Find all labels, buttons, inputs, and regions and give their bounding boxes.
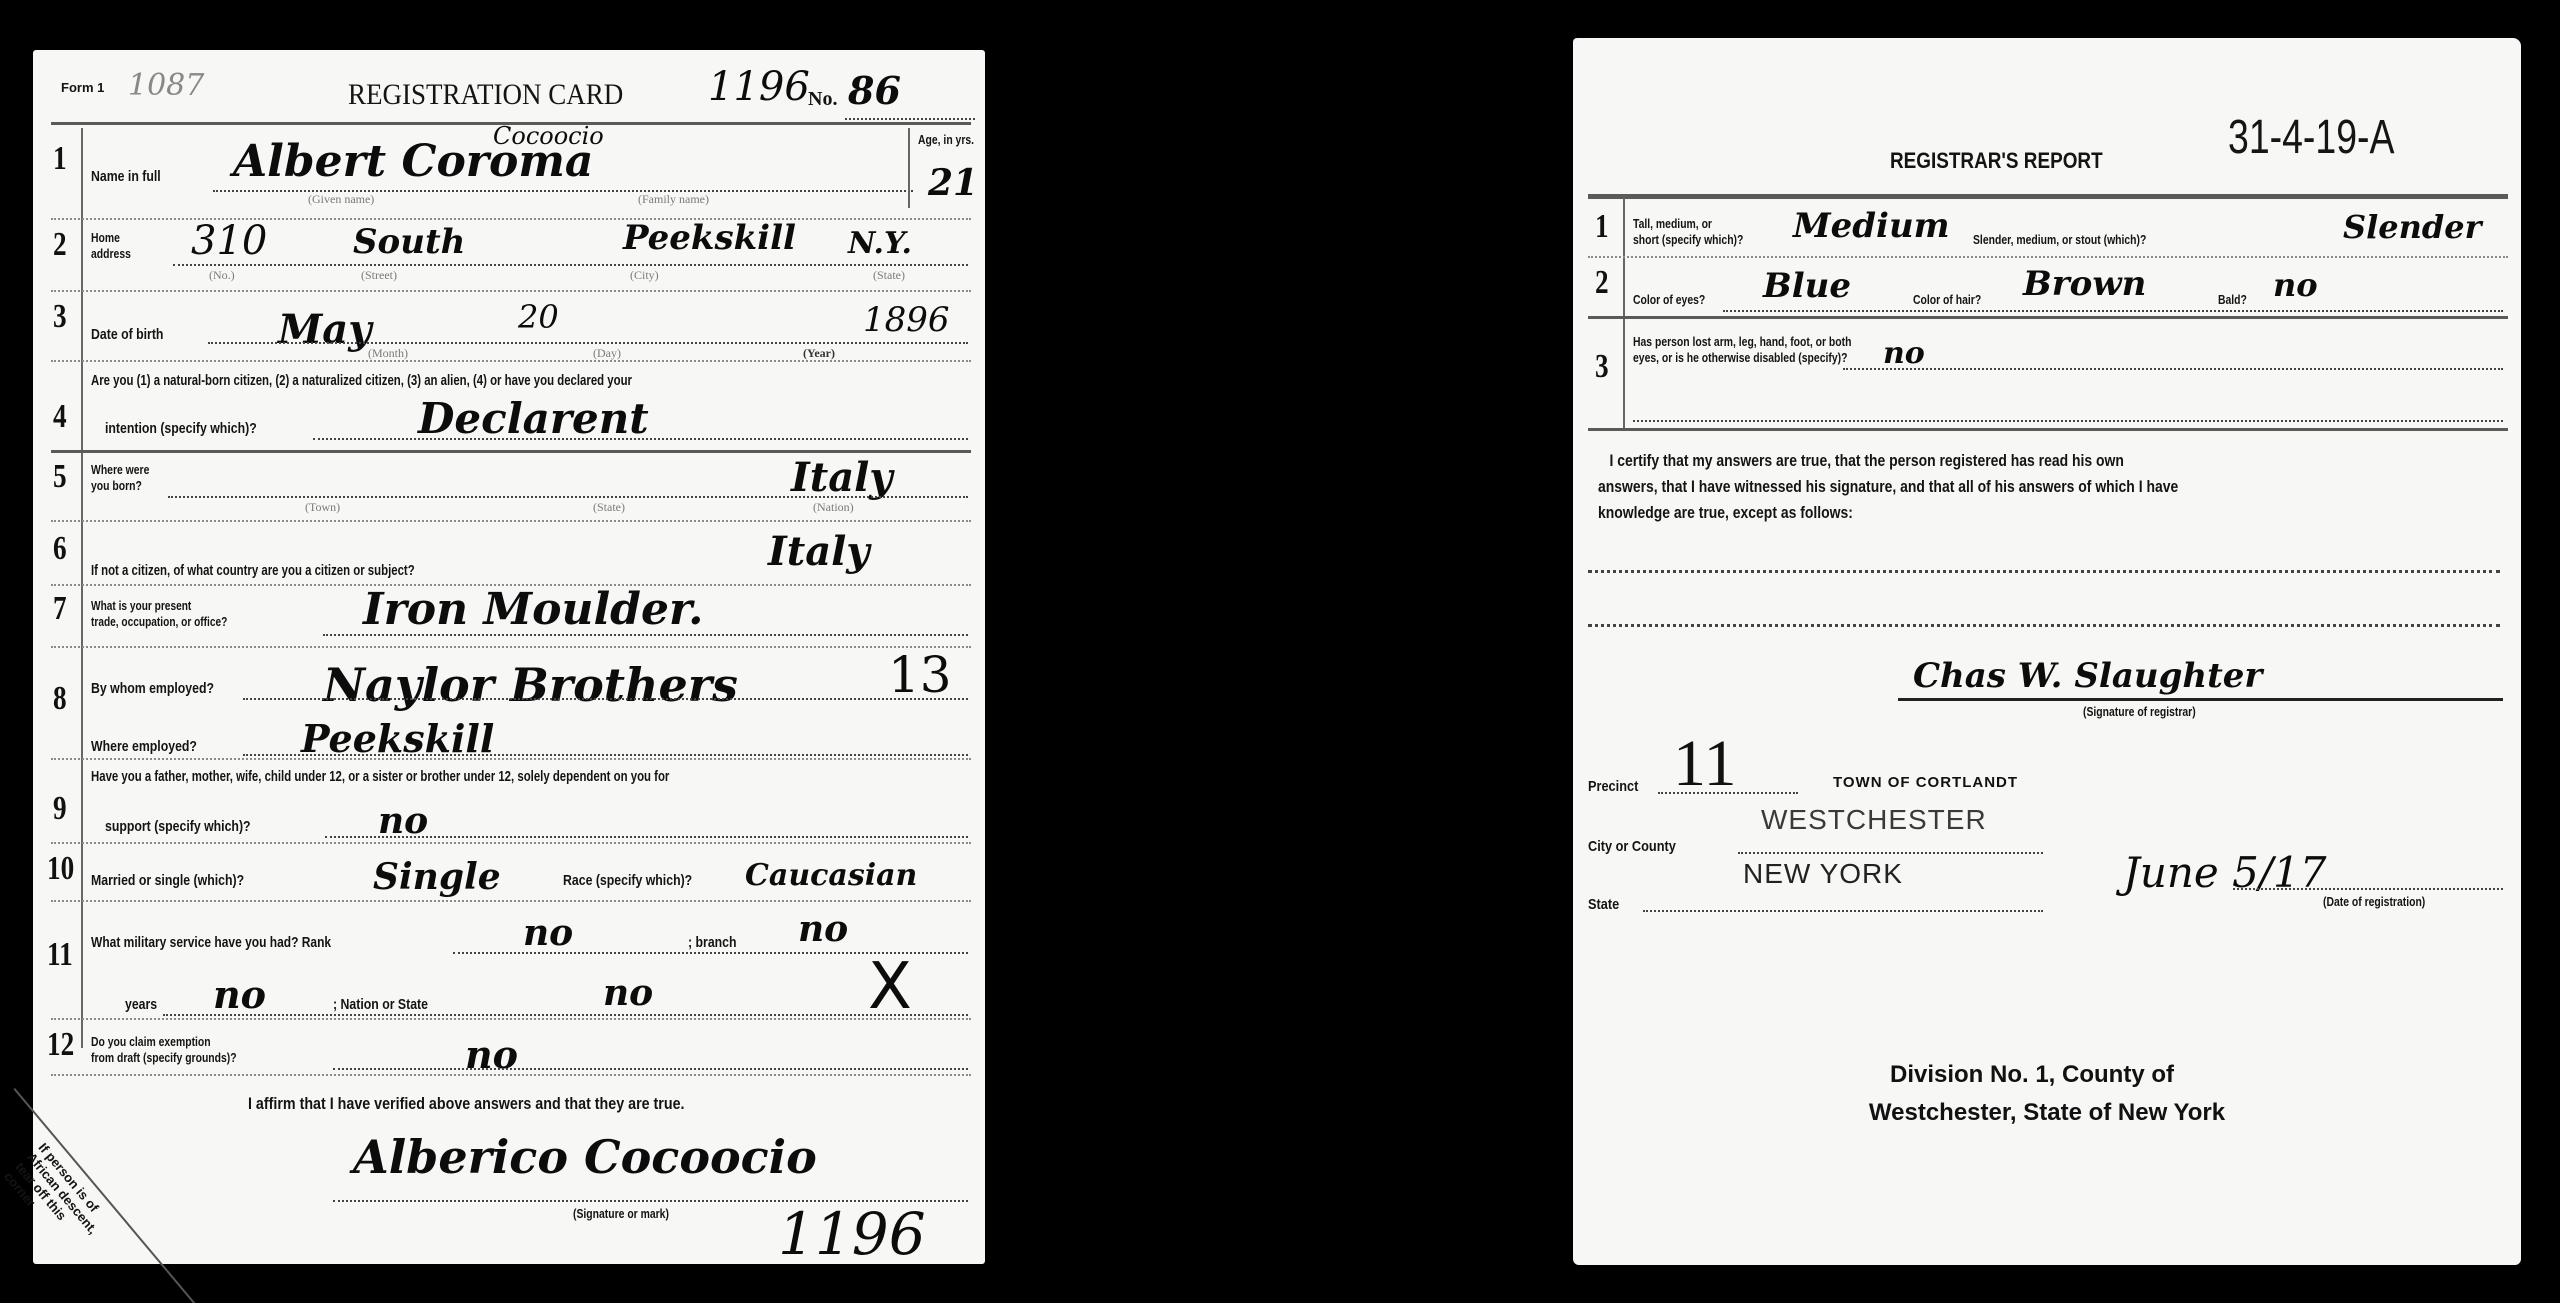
date-caption: (Date of registration): [2323, 894, 2425, 909]
dotted-line: [2233, 888, 2503, 890]
rule: [51, 360, 971, 362]
exemption-value: no: [465, 1032, 518, 1077]
home-address-label: Home: [91, 230, 120, 245]
no-label: No.: [808, 88, 837, 111]
dotted-line: [1723, 310, 2503, 312]
citizenship-value: Declarent: [418, 394, 649, 443]
home-address-label: address: [91, 246, 131, 261]
rule: [51, 842, 971, 844]
dotted-line: [1643, 910, 2043, 912]
military-branch-value: no: [798, 908, 848, 950]
row-number-divider: [1623, 198, 1625, 430]
rule: [51, 520, 971, 522]
birth-nation: Italy: [791, 454, 893, 501]
rule: [51, 290, 971, 292]
hair-color-value: Brown: [2023, 264, 2146, 304]
employer-value: Naylor Brothers: [323, 658, 738, 712]
citizenship-country-label: If not a citizen, of what country are yo…: [91, 562, 415, 579]
dotted-line: [1738, 852, 2043, 854]
row-number: 9: [53, 790, 67, 828]
card-number: 86: [848, 68, 901, 113]
dotted-line: [163, 1014, 968, 1016]
rule: [51, 758, 971, 760]
military-nation-label: ; Nation or State: [333, 996, 428, 1013]
rule: [51, 218, 971, 220]
bald-label: Bald?: [2218, 292, 2247, 307]
citizenship-country-value: Italy: [768, 528, 870, 575]
eye-color-label: Color of eyes?: [1633, 292, 1705, 307]
row-number: 2: [1595, 264, 1609, 302]
dotted-line: [313, 438, 968, 440]
rule: [51, 900, 971, 902]
hair-color-label: Color of hair?: [1913, 292, 1981, 307]
employer-side-note: 13: [888, 646, 952, 704]
given-name-caption: (Given name): [308, 192, 374, 207]
registrar-signature-caption: (Signature of registrar): [2083, 704, 2196, 719]
signature-caption: (Signature or mark): [573, 1206, 669, 1221]
birth-day: 20: [518, 298, 559, 336]
disability-value: no: [1883, 336, 1925, 371]
dotted-line: [845, 118, 975, 120]
dotted-line: [333, 1068, 968, 1070]
rule: [51, 1018, 971, 1020]
caption: (City): [630, 268, 659, 283]
caption: (Day): [593, 346, 621, 361]
row-number: 10: [47, 850, 74, 888]
row-number: 5: [53, 458, 67, 496]
registration-card: Form 1 1087 REGISTRATION CARD 1196 No. 8…: [33, 50, 985, 1264]
date-of-birth-label: Date of birth: [91, 326, 163, 343]
dependents-question: Have you a father, mother, wife, child u…: [91, 768, 669, 785]
dotted-line: [243, 754, 968, 756]
citizenship-question: Are you (1) a natural-born citizen, (2) …: [91, 372, 632, 389]
birth-month: May: [278, 306, 371, 353]
row-number: 2: [53, 226, 67, 264]
military-years-value: no: [213, 972, 266, 1017]
disability-label: Has person lost arm, leg, hand, foot, or…: [1633, 334, 1851, 349]
work-location-label: Where employed?: [91, 738, 197, 755]
caption: (No.): [209, 268, 235, 283]
age-value: 21: [928, 162, 978, 204]
certification-line: answers, that I have witnessed his signa…: [1598, 474, 2178, 500]
signature-line: [1898, 698, 2503, 701]
card-title: REGISTRATION CARD: [348, 78, 623, 112]
town-stamp: TOWN OF CORTLANDT: [1833, 774, 2018, 791]
race-label: Race (specify which)?: [563, 872, 692, 889]
exemption-label: Do you claim exemption: [91, 1034, 211, 1049]
dotted-line: [323, 634, 968, 636]
row-number: 1: [1595, 208, 1609, 246]
dotted-line: [1658, 792, 1798, 794]
state-value: NEW YORK: [1743, 858, 1903, 890]
division-stamp-line: Division No. 1, County of: [1573, 1056, 2521, 1094]
rule: [51, 1074, 971, 1076]
affirmation-text: I affirm that I have verified above answ…: [248, 1094, 684, 1114]
row-number-divider: [81, 128, 83, 1048]
family-name-caption: (Family name): [638, 192, 709, 207]
precinct-label: Precinct: [1588, 778, 1638, 795]
age-divider: [908, 128, 910, 208]
caption: (Nation): [813, 500, 854, 515]
caption: (Month): [368, 346, 408, 361]
military-rank-label: What military service have you had? Rank: [91, 934, 331, 951]
dotted-line: [168, 496, 968, 498]
row-number: 4: [53, 398, 67, 436]
military-years-label: years: [125, 996, 157, 1013]
caption: (State): [873, 268, 905, 283]
address-city: Peekskill: [623, 218, 796, 258]
build-value: Slender: [2343, 208, 2481, 246]
county-label: City or County: [1588, 838, 1676, 855]
dotted-line: [208, 342, 968, 344]
certification-line: knowledge are true, except as follows:: [1598, 500, 2178, 526]
bottom-number: 1196: [778, 1200, 926, 1268]
serial-number: 31-4-19-A: [2228, 110, 2394, 165]
dependents-label: support (specify which)?: [105, 818, 251, 835]
name-label: Name in full: [91, 168, 161, 185]
rule: [51, 450, 971, 453]
division-stamp: Division No. 1, County of Westchester, S…: [1573, 1056, 2521, 1132]
occupation-value: Iron Moulder.: [363, 584, 703, 635]
birthplace-label: Where were: [91, 462, 149, 477]
height-label: short (specify which)?: [1633, 232, 1743, 247]
birthplace-label: you born?: [91, 478, 142, 493]
eye-color-value: Blue: [1763, 266, 1851, 306]
caption: (Street): [361, 268, 397, 283]
caption: (Town): [305, 500, 340, 515]
form-number-annotation: 1087: [128, 68, 204, 103]
occupation-label: What is your present: [91, 598, 191, 613]
bald-value: no: [2273, 266, 2318, 304]
state-label: State: [1588, 896, 1619, 913]
citizenship-label: intention (specify which)?: [105, 420, 257, 437]
dotted-line: [1588, 570, 2500, 573]
rule: [51, 646, 971, 648]
dotted-line: [243, 698, 968, 700]
height-label: Tall, medium, or: [1633, 216, 1712, 231]
address-street: South: [353, 222, 465, 262]
rule: [1588, 194, 2508, 199]
military-rank-value: no: [523, 912, 573, 954]
row-number: 3: [53, 298, 67, 336]
precinct-value: 11: [1673, 726, 1737, 802]
row-number: 1: [53, 140, 67, 178]
build-label: Slender, medium, or stout (which)?: [1973, 232, 2146, 247]
row-number: 11: [47, 936, 73, 974]
row-number: 6: [53, 530, 67, 568]
employer-label: By whom employed?: [91, 680, 214, 697]
row-number: 8: [53, 680, 67, 718]
title-annotation: 1196: [708, 64, 810, 110]
rule: [1588, 256, 2508, 258]
certification-text: I certify that my answers are true, that…: [1598, 448, 2178, 526]
division-stamp-line: Westchester, State of New York: [1573, 1094, 2521, 1132]
birth-year: 1896: [863, 300, 950, 340]
disability-label: eyes, or is he otherwise disabled (speci…: [1633, 350, 1847, 365]
exemption-label: from draft (specify grounds)?: [91, 1050, 237, 1065]
height-value: Medium: [1793, 206, 1950, 246]
report-title: REGISTRAR'S REPORT: [1890, 148, 2103, 174]
military-branch-label: ; branch: [688, 934, 737, 951]
age-label: Age, in yrs.: [918, 132, 974, 147]
military-nation-value: no: [603, 972, 653, 1014]
tear-off-corner-note: If person is of African descent, tear of…: [1, 1140, 112, 1256]
dotted-line: [1588, 624, 2500, 627]
name-correction: Cocoocio: [493, 122, 604, 150]
race-value: Caucasian: [745, 858, 917, 893]
registrars-report-card: REGISTRAR'S REPORT 31-4-19-A 1 Tall, med…: [1573, 38, 2521, 1265]
row-number: 12: [47, 1026, 74, 1064]
dotted-line: [325, 836, 968, 838]
row-number: 7: [53, 590, 67, 628]
form-label: Form 1: [61, 80, 104, 95]
dotted-line: [1633, 420, 2503, 422]
address-state: N.Y.: [848, 226, 912, 261]
caption: (State): [593, 500, 625, 515]
certification-line: I certify that my answers are true, that…: [1598, 448, 2178, 474]
rule: [1588, 428, 2508, 431]
address-number: 310: [191, 218, 267, 264]
marital-status-value: Single: [373, 856, 501, 898]
dotted-line: [173, 264, 968, 266]
rule: [1588, 316, 2508, 319]
registrant-signature: Alberico Cocoocio: [353, 1130, 817, 1184]
marital-status-label: Married or single (which)?: [91, 872, 244, 889]
occupation-label: trade, occupation, or office?: [91, 614, 227, 629]
row-number: 3: [1595, 348, 1609, 386]
registrar-signature: Chas W. Slaughter: [1913, 656, 2262, 696]
dotted-line: [1843, 368, 2503, 370]
cross-mark: X: [868, 950, 912, 1024]
county-value: WESTCHESTER: [1761, 804, 1987, 836]
caption: (Year): [803, 346, 835, 361]
